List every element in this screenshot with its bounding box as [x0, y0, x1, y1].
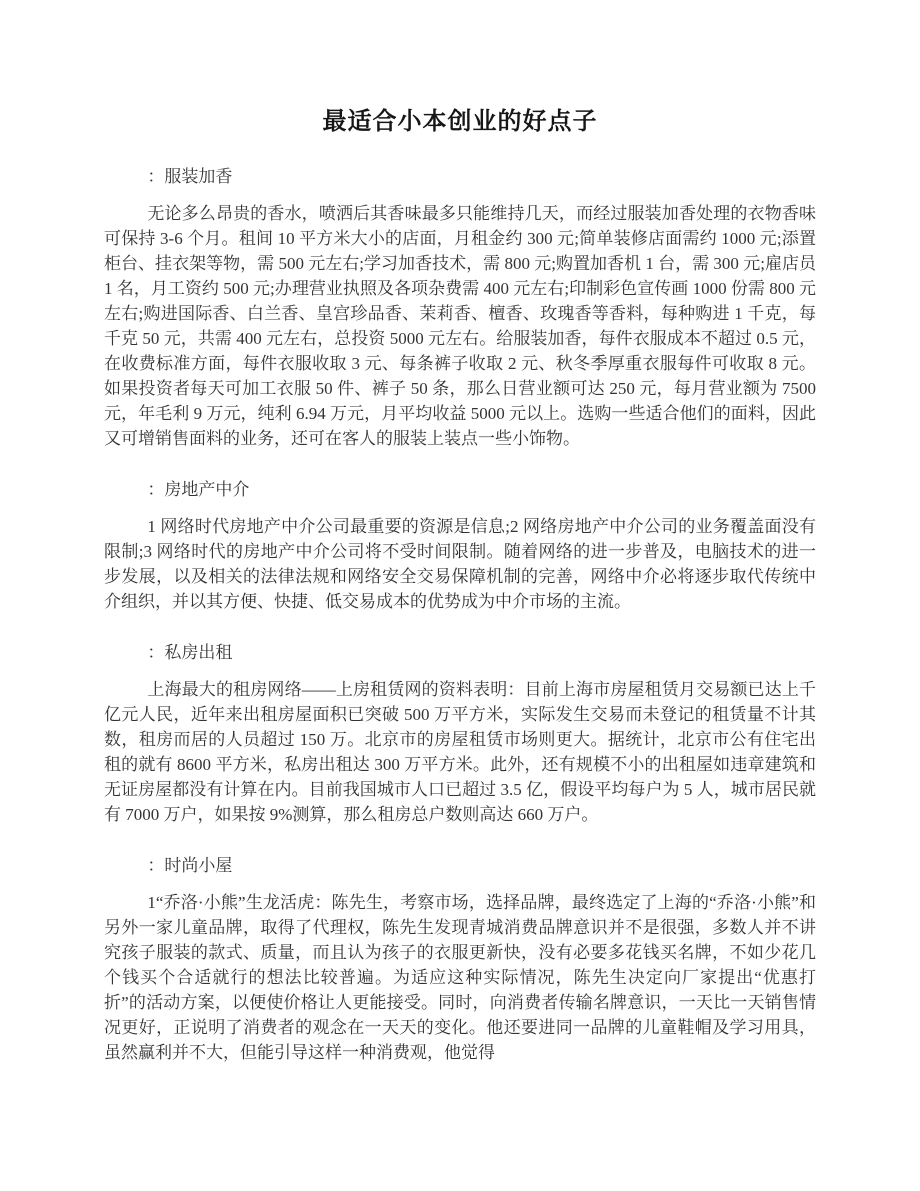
section-private-house-rental: ：私房出租 上海最大的租房网络——上房租赁网的资料表明：目前上海市房屋租赁月交易… [104, 640, 816, 827]
section-paragraph-private-house-rental: 上海最大的租房网络——上房租赁网的资料表明：目前上海市房屋租赁月交易额已达上千亿… [104, 677, 816, 827]
document-title: 最适合小本创业的好点子 [104, 106, 816, 138]
section-heading-private-house-rental: ：私房出租 [104, 640, 816, 665]
section-paragraph-real-estate-agency: 1 网络时代房地产中介公司最重要的资源是信息;2 网络房地产中介公司的业务覆盖面… [104, 514, 816, 614]
section-real-estate-agency: ：房地产中介 1 网络时代房地产中介公司最重要的资源是信息;2 网络房地产中介公… [104, 477, 816, 614]
document-page: 最适合小本创业的好点子 ：服装加香 无论多么昂贵的香水，喷洒后其香味最多只能维持… [0, 0, 920, 1191]
section-paragraph-clothing-fragrance: 无论多么昂贵的香水，喷洒后其香味最多只能维持几天，而经过服装加香处理的衣物香味可… [104, 201, 816, 451]
section-heading-real-estate-agency: ：房地产中介 [104, 477, 816, 502]
section-clothing-fragrance: ：服装加香 无论多么昂贵的香水，喷洒后其香味最多只能维持几天，而经过服装加香处理… [104, 164, 816, 451]
section-heading-clothing-fragrance: ：服装加香 [104, 164, 816, 189]
section-fashion-shop: ：时尚小屋 1“乔洛·小熊”生龙活虎：陈先生，考察市场，选择品牌，最终选定了上海… [104, 853, 816, 1065]
section-paragraph-fashion-shop: 1“乔洛·小熊”生龙活虎：陈先生，考察市场，选择品牌，最终选定了上海的“乔洛·小… [104, 890, 816, 1065]
section-heading-fashion-shop: ：时尚小屋 [104, 853, 816, 878]
